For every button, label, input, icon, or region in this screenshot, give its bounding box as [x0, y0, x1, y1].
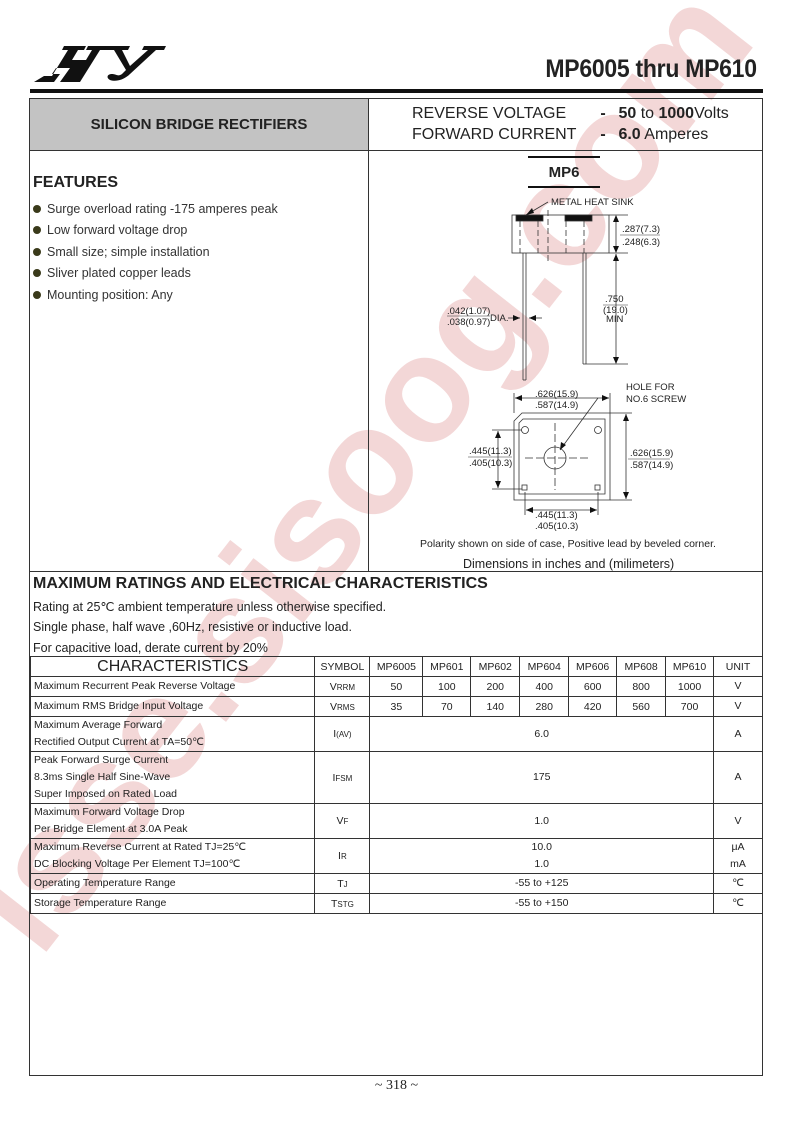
- unit-cell: A: [714, 752, 763, 804]
- product-type: SILICON BRIDGE RECTIFIERS: [91, 116, 308, 133]
- table-row: Operating Temperature RangeTJ-55 to +125…: [31, 874, 763, 894]
- features-title: FEATURES: [33, 174, 118, 192]
- svg-text:.750: .750: [605, 294, 624, 305]
- value-cell: 280: [520, 697, 569, 717]
- characteristic-cell: Peak Forward Surge Current8.3ms Single H…: [31, 752, 315, 804]
- value-cell: 35: [370, 697, 423, 717]
- package-name: MP6: [528, 164, 600, 181]
- characteristic-cell: Maximum Recurrent Peak Reverse Voltage: [31, 677, 315, 697]
- col-characteristics: CHARACTERISTICS: [31, 657, 315, 677]
- bullet-icon: [33, 205, 41, 213]
- unit-cell: ℃: [714, 874, 763, 894]
- table-row: Maximum Forward Voltage Drop Per Bridge …: [31, 804, 763, 839]
- value-cell: 10.01.0: [370, 839, 714, 874]
- value-cell: 1.0: [370, 804, 714, 839]
- svg-text:.626(15.9): .626(15.9): [630, 448, 673, 459]
- page-number: ~ 318 ~: [0, 1078, 793, 1094]
- bullet-icon: [33, 291, 41, 299]
- feature-item: Small size; simple installation: [33, 241, 278, 263]
- ratings-summary: REVERSE VOLTAGE- 50 to 1000Volts FORWARD…: [369, 99, 762, 151]
- unit-cell: ℃: [714, 894, 763, 914]
- svg-text:.587(14.9): .587(14.9): [535, 400, 578, 411]
- col-part: MP602: [471, 657, 520, 677]
- table-row: Peak Forward Surge Current8.3ms Single H…: [31, 752, 763, 804]
- svg-text:.445(11.3): .445(11.3): [469, 446, 512, 457]
- feature-text: Sliver plated copper leads: [47, 266, 191, 280]
- table-header-row: CHARACTERISTICS SYMBOL MP6005 MP601 MP60…: [31, 657, 763, 677]
- rating-note: For capacitive load, derate current by 2…: [33, 641, 268, 655]
- value-cell: -55 to +125: [370, 874, 714, 894]
- company-logo: [30, 44, 180, 84]
- symbol-cell: IFSM: [315, 752, 370, 804]
- characteristic-cell: Maximum RMS Bridge Input Voltage: [31, 697, 315, 717]
- feature-item: Low forward voltage drop: [33, 220, 278, 242]
- unit-cell: V: [714, 677, 763, 697]
- package-title-rule: [528, 156, 600, 158]
- characteristic-cell: Maximum Average ForwardRectified Output …: [31, 717, 315, 752]
- table-row: Maximum RMS Bridge Input VoltageVRMS3570…: [31, 697, 763, 717]
- col-part: MP601: [423, 657, 471, 677]
- svg-text:HOLE FOR: HOLE FOR: [626, 382, 675, 393]
- svg-text:.445(11.3): .445(11.3): [535, 510, 578, 521]
- col-part: MP604: [520, 657, 569, 677]
- value-cell: 700: [666, 697, 714, 717]
- unit-cell: A: [714, 717, 763, 752]
- col-part: MP6005: [370, 657, 423, 677]
- feature-item: Sliver plated copper leads: [33, 263, 278, 285]
- value-cell: 70: [423, 697, 471, 717]
- unit-cell: μAmA: [714, 839, 763, 874]
- value-cell: -55 to +150: [370, 894, 714, 914]
- col-part: MP608: [617, 657, 666, 677]
- svg-text:.038(0.97): .038(0.97): [447, 317, 490, 328]
- features-list: Surge overload rating -175 amperes peakL…: [33, 198, 278, 306]
- col-unit: UNIT: [714, 657, 763, 677]
- dimensions-note: Dimensions in inches and (milimeters): [463, 557, 674, 571]
- svg-text:.287(7.3): .287(7.3): [622, 224, 660, 235]
- feature-text: Small size; simple installation: [47, 245, 210, 259]
- table-row: Storage Temperature RangeTSTG-55 to +150…: [31, 894, 763, 914]
- value-cell: 600: [569, 677, 617, 697]
- unit-cell: V: [714, 804, 763, 839]
- svg-text:.587(14.9): .587(14.9): [630, 460, 673, 471]
- symbol-cell: I(AV): [315, 717, 370, 752]
- svg-text:DIA.: DIA.: [490, 313, 508, 324]
- column-divider: [368, 150, 369, 571]
- ratings-title: MAXIMUM RATINGS AND ELECTRICAL CHARACTER…: [33, 575, 488, 593]
- value-cell: 400: [520, 677, 569, 697]
- value-cell: 100: [423, 677, 471, 697]
- svg-text:.042(1.07): .042(1.07): [447, 306, 490, 317]
- svg-text:NO.6 SCREW: NO.6 SCREW: [626, 394, 686, 405]
- value-cell: 560: [617, 697, 666, 717]
- symbol-cell: IR: [315, 839, 370, 874]
- table-row: Maximum Average ForwardRectified Output …: [31, 717, 763, 752]
- characteristic-cell: Maximum Reverse Current at Rated TJ=25℃ …: [31, 839, 315, 874]
- svg-text:MIN: MIN: [606, 314, 624, 325]
- reverse-voltage-line: REVERSE VOLTAGE- 50 to 1000Volts: [412, 105, 729, 123]
- col-symbol: SYMBOL: [315, 657, 370, 677]
- feature-text: Mounting position: Any: [47, 288, 173, 302]
- characteristic-cell: Maximum Forward Voltage Drop Per Bridge …: [31, 804, 315, 839]
- svg-text:.626(15.9): .626(15.9): [535, 389, 578, 400]
- product-type-banner: SILICON BRIDGE RECTIFIERS: [30, 99, 369, 151]
- symbol-cell: TSTG: [315, 894, 370, 914]
- ratings-table: CHARACTERISTICS SYMBOL MP6005 MP601 MP60…: [30, 656, 763, 914]
- svg-text:.405(10.3): .405(10.3): [535, 521, 578, 532]
- symbol-cell: VF: [315, 804, 370, 839]
- svg-text:.405(10.3): .405(10.3): [469, 458, 512, 469]
- bullet-icon: [33, 226, 41, 234]
- symbol-cell: VRRM: [315, 677, 370, 697]
- bullet-icon: [33, 269, 41, 277]
- value-cell: 1000: [666, 677, 714, 697]
- characteristic-cell: Storage Temperature Range: [31, 894, 315, 914]
- table-row: Maximum Recurrent Peak Reverse VoltageVR…: [31, 677, 763, 697]
- value-cell: 140: [471, 697, 520, 717]
- col-part: MP610: [666, 657, 714, 677]
- rating-note: Rating at 25℃ ambient temperature unless…: [33, 599, 386, 614]
- feature-text: Surge overload rating -175 amperes peak: [47, 202, 278, 216]
- feature-item: Surge overload rating -175 amperes peak: [33, 198, 278, 220]
- value-cell: 6.0: [370, 717, 714, 752]
- value-cell: 200: [471, 677, 520, 697]
- value-cell: 50: [370, 677, 423, 697]
- package-outline-drawing: METAL HEAT SINK .287(7.3) .248(6.3) .750…: [420, 188, 750, 533]
- header-rule: [30, 89, 763, 93]
- document-title: MP6005 thru MP610: [546, 55, 757, 84]
- characteristic-cell: Operating Temperature Range: [31, 874, 315, 894]
- forward-current-line: FORWARD CURRENT- 6.0 Amperes: [412, 126, 708, 144]
- heat-sink-label: METAL HEAT SINK: [551, 197, 634, 208]
- value-cell: 420: [569, 697, 617, 717]
- value-cell: 800: [617, 677, 666, 697]
- rating-note: Single phase, half wave ,60Hz, resistive…: [33, 620, 352, 634]
- symbol-cell: VRMS: [315, 697, 370, 717]
- feature-item: Mounting position: Any: [33, 284, 278, 306]
- unit-cell: V: [714, 697, 763, 717]
- svg-text:.248(6.3): .248(6.3): [622, 237, 660, 248]
- table-row: Maximum Reverse Current at Rated TJ=25℃ …: [31, 839, 763, 874]
- symbol-cell: TJ: [315, 874, 370, 894]
- col-part: MP606: [569, 657, 617, 677]
- value-cell: 175: [370, 752, 714, 804]
- polarity-note: Polarity shown on side of case, Positive…: [420, 538, 716, 550]
- feature-text: Low forward voltage drop: [47, 223, 187, 237]
- bullet-icon: [33, 248, 41, 256]
- section-divider: [30, 571, 763, 572]
